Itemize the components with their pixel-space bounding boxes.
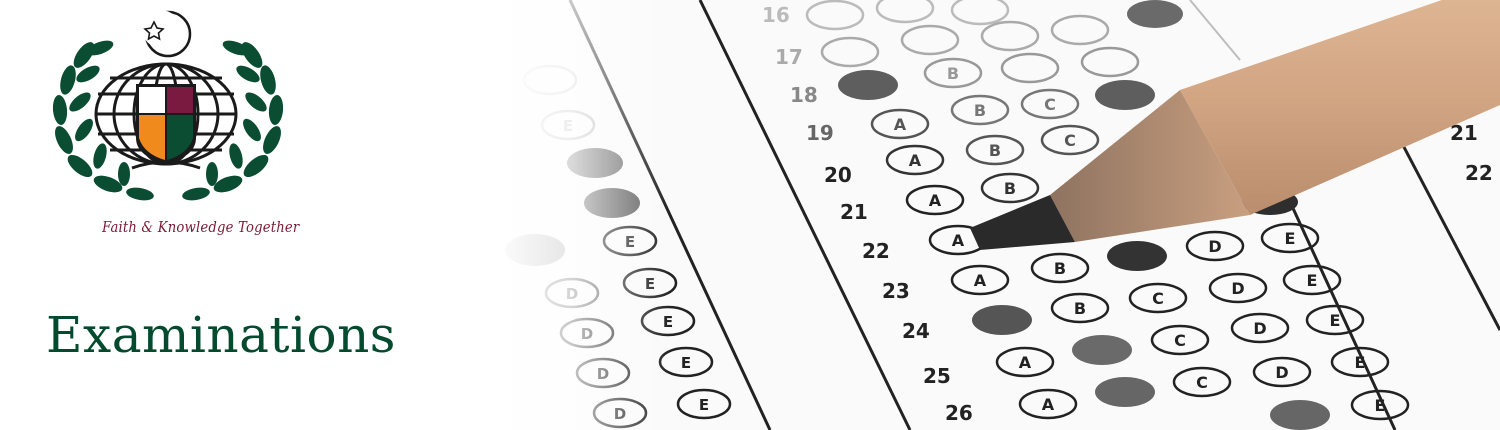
svg-text:26: 26 (945, 401, 973, 425)
svg-text:C: C (1196, 373, 1208, 392)
svg-text:23: 23 (882, 279, 910, 303)
svg-text:E: E (563, 117, 573, 135)
svg-text:E: E (1307, 271, 1318, 290)
svg-text:E: E (1285, 229, 1296, 248)
svg-text:A: A (909, 151, 922, 170)
svg-text:E: E (699, 396, 709, 414)
shield-icon (136, 84, 196, 164)
institution-logo: Faith & Knowledge Together (40, 10, 290, 240)
svg-text:21: 21 (840, 200, 868, 224)
svg-text:D: D (1253, 319, 1266, 338)
svg-text:A: A (929, 191, 942, 210)
svg-text:A: A (1042, 395, 1055, 414)
svg-text:B: B (1004, 179, 1016, 198)
svg-text:B: B (989, 141, 1001, 160)
crescent-star-icon (142, 10, 190, 56)
svg-text:E: E (1355, 353, 1366, 372)
page-title: Examinations (46, 306, 396, 364)
svg-text:17: 17 (775, 45, 803, 69)
svg-text:C: C (1064, 131, 1076, 150)
svg-text:D: D (1275, 363, 1288, 382)
svg-text:E: E (645, 275, 655, 293)
answer-sheet-image: E E D E D E D E D E (490, 0, 1500, 430)
svg-text:C: C (1044, 95, 1056, 114)
svg-text:18: 18 (790, 83, 818, 107)
svg-text:E: E (681, 354, 691, 372)
svg-text:D: D (614, 405, 626, 423)
svg-text:D: D (1231, 279, 1244, 298)
svg-text:20: 20 (824, 163, 852, 187)
svg-text:16: 16 (762, 3, 790, 27)
svg-text:E: E (1330, 311, 1341, 330)
page-banner: Faith & Knowledge Together Examinations (0, 0, 1500, 430)
svg-text:22: 22 (862, 239, 890, 263)
svg-text:22: 22 (1465, 161, 1493, 185)
svg-text:D: D (566, 285, 578, 303)
hero-image: E E D E D E D E D E (490, 0, 1500, 430)
svg-text:D: D (597, 365, 609, 383)
svg-text:E: E (625, 233, 635, 251)
svg-text:E: E (663, 313, 673, 331)
svg-text:D: D (1208, 237, 1221, 256)
svg-text:C: C (1152, 289, 1164, 308)
svg-text:C: C (1174, 331, 1186, 350)
svg-text:D: D (581, 325, 593, 343)
svg-text:24: 24 (902, 319, 930, 343)
svg-text:A: A (1019, 353, 1032, 372)
svg-text:A: A (974, 271, 987, 290)
svg-text:A: A (952, 231, 965, 250)
svg-text:19: 19 (806, 121, 834, 145)
svg-text:B: B (974, 101, 986, 120)
svg-text:A: A (894, 115, 907, 134)
svg-text:E: E (1375, 396, 1386, 415)
crest-icon (40, 10, 290, 210)
svg-text:25: 25 (923, 364, 951, 388)
svg-text:B: B (1074, 299, 1086, 318)
svg-text:B: B (1054, 259, 1066, 278)
svg-text:B: B (947, 64, 959, 83)
motto-text: Faith & Knowledge Together (102, 218, 287, 236)
